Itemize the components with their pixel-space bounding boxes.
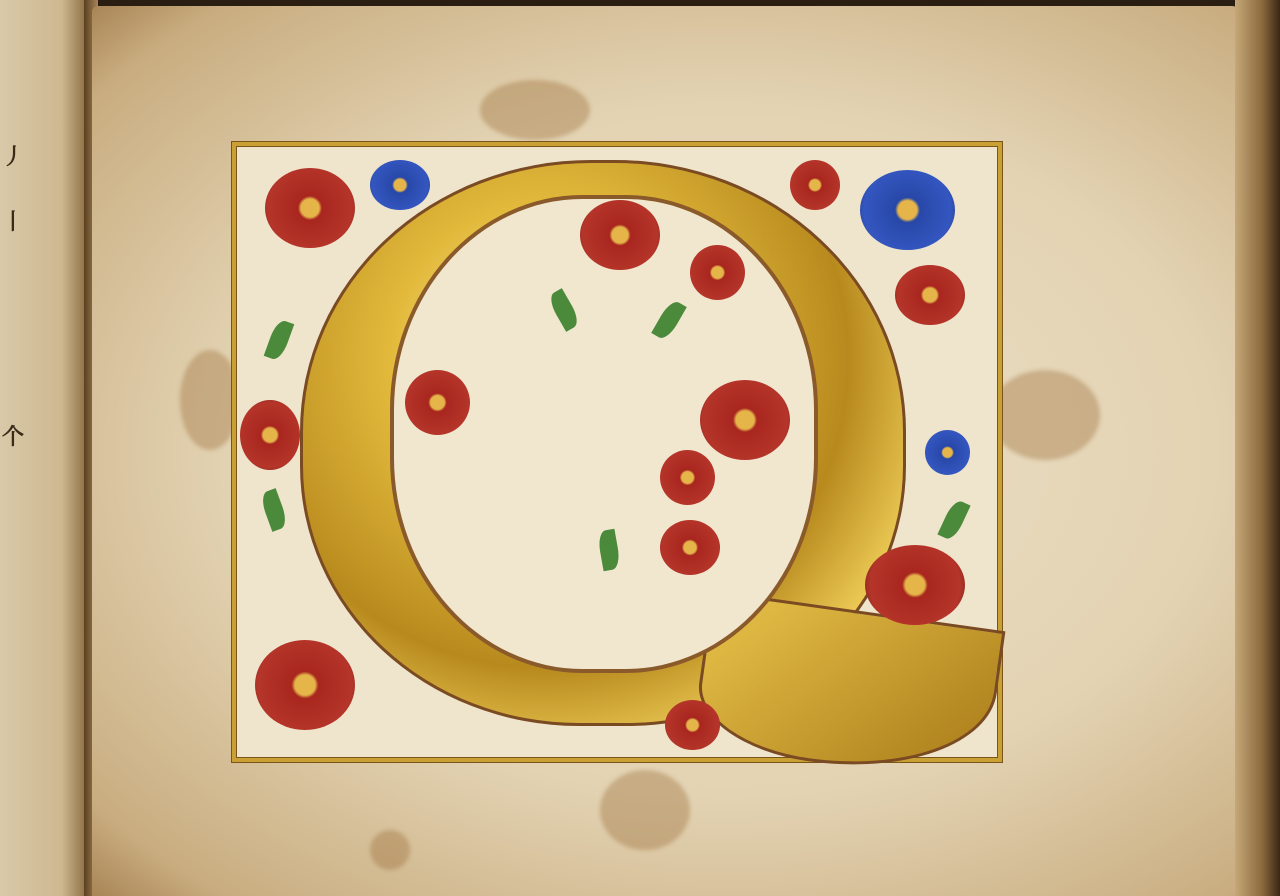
flower xyxy=(790,160,840,210)
glyph-fragment: 丿 xyxy=(2,140,24,171)
flower xyxy=(865,545,965,625)
flower xyxy=(860,170,955,250)
flower xyxy=(660,450,715,505)
rose-flower xyxy=(700,380,790,460)
flower xyxy=(240,400,300,470)
page-edge xyxy=(1235,0,1280,896)
stain xyxy=(600,770,690,850)
stain xyxy=(990,370,1100,460)
glyph-fragment: 丨 xyxy=(2,205,24,236)
flower xyxy=(895,265,965,325)
stain xyxy=(370,830,410,870)
glyph-fragment: 个 xyxy=(2,420,24,451)
flower xyxy=(690,245,745,300)
flower xyxy=(665,700,720,750)
stain xyxy=(180,350,240,450)
flower xyxy=(255,640,355,730)
flower xyxy=(370,160,430,210)
flower xyxy=(265,168,355,248)
flower xyxy=(660,520,720,575)
flower xyxy=(925,430,970,475)
tulip-flower xyxy=(580,200,660,270)
stain xyxy=(480,80,590,140)
left-page: 丿 丨 个 xyxy=(0,0,88,896)
rose-flower xyxy=(405,370,470,435)
